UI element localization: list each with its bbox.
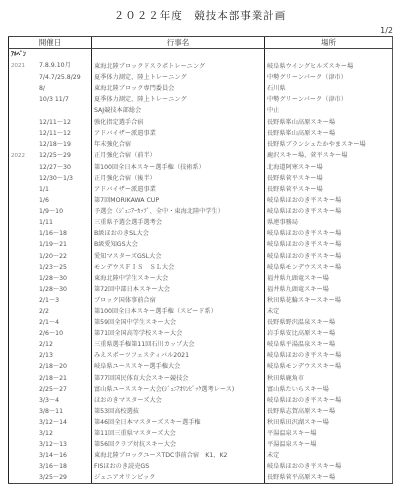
date-cell: 1/28～30	[9, 273, 92, 284]
date-label: 3/14～16	[39, 450, 67, 461]
place-cell: 岐阜県ほおのき平スキー場	[265, 228, 393, 239]
date-label: 8/	[39, 83, 45, 94]
event-cell: 夏季体力測定、陸上トレーニング	[92, 72, 265, 83]
date-label: 1/6	[39, 195, 49, 206]
date-cell: 8/	[9, 83, 92, 94]
event-cell: 東海北陸中学生スキー大会	[92, 273, 265, 284]
table-row: 3/12第11回三重県マスターズ大会平湯温泉スキー場	[9, 428, 393, 439]
event-cell: 第100回全日本スキー選手権（技術系）	[92, 162, 265, 173]
date-label: 12/27～30	[39, 162, 71, 173]
place-cell: 岐阜県ほおのき平スキー場	[265, 461, 393, 472]
document-title: ２０２２年度 競技本部事業計画	[0, 8, 400, 23]
table-row: 2/1～3ブロック国体事前合宿秋田県花輪スキースキー場	[9, 295, 393, 306]
category-row: ｱﾙﾍﾟﾝ	[9, 49, 393, 61]
event-cell: 年末強化合宿	[92, 139, 265, 150]
date-label: 7.8.9.10月	[39, 60, 71, 71]
schedule-table: 開催日 行事名 場所 ｱﾙﾍﾟﾝ 20217.8.9.10月東海北陸ブロックドス…	[8, 36, 393, 484]
table-row: 10/3 11/7夏季体力測定、陸上トレーニング中勢グリーンパーク（津市）	[9, 94, 393, 105]
date-label: 1/19～21	[39, 239, 67, 250]
place-cell: 岐阜県ほおのき平スキー場	[265, 206, 393, 217]
event-cell: FISほおのき読売GS	[92, 461, 265, 472]
place-cell: 長野県菅平スキー場	[265, 184, 393, 195]
year-label: 2022	[11, 151, 39, 162]
table-row: 202212/25～29正月強化合宿（前半）鹿沢スキー場、菅平スキー場	[9, 150, 393, 162]
table-row: 1/19～21B級愛知GS大会岐阜県ほおのき平スキー場	[9, 239, 393, 250]
place-cell: 秋田県花輪スキースキー場	[265, 295, 393, 306]
date-label: 3/25～29	[39, 472, 67, 483]
table-row: 2/1～4第59回全国中学生スキー大会長野県野沢温泉スキー場	[9, 317, 393, 328]
event-cell: B級ほおのきSL大会	[92, 228, 265, 239]
date-cell: 12/11～12	[9, 116, 92, 127]
header-date: 開催日	[9, 37, 92, 49]
table-row: 1/9～10予選会（ｼﾞｭﾆｱｰｶｯﾌﾟ、全中・東海北陸中学生）岐阜県ほおのき平…	[9, 206, 393, 217]
date-cell: 12/27～30	[9, 162, 92, 173]
place-cell: 平湯温泉スキー場	[265, 428, 393, 439]
date-cell: 1/9～10	[9, 206, 92, 217]
table-row: 3/14～16東海北陸ブロックユースTDC事前合宿 K1、K2未定	[9, 450, 393, 461]
date-cell: 2/25～27	[9, 384, 92, 395]
event-cell: みえスポーツフェスティバル2021	[92, 350, 265, 361]
place-cell: 長野県野沢温泉スキー場	[265, 317, 393, 328]
event-cell: 岐阜県ユーススキー選手権大会	[92, 361, 265, 372]
place-cell: 岐阜県ほおのき平スキー場	[265, 239, 393, 250]
place-cell: 北海道阿寒スキー場	[265, 162, 393, 173]
date-cell: 1/11	[9, 217, 92, 228]
place-cell: 長野県志賀高原スキー場	[265, 406, 393, 417]
date-cell: 3/12～13	[9, 439, 92, 450]
date-label: 2/25～27	[39, 384, 67, 395]
date-label: 3/16～18	[39, 461, 67, 472]
table-header-row: 開催日 行事名 場所	[9, 37, 393, 49]
category-label: ｱﾙﾍﾟﾝ	[9, 49, 92, 61]
table-row: 3/16～18FISほおのき読売GS岐阜県ほおのき平スキー場	[9, 461, 393, 472]
date-cell: 2/6～10	[9, 328, 92, 339]
date-cell: 3/25～29	[9, 472, 92, 484]
header-event: 行事名	[92, 37, 265, 49]
date-label: 12/11～12	[39, 128, 71, 139]
place-cell: 中勢グリーンパーク（津市）	[265, 94, 393, 105]
place-cell: 長野県菅平スキー場	[265, 173, 393, 184]
place-cell: 岐阜県ほおのき平スキー場	[265, 395, 393, 406]
event-cell: アドバイザー派遣事業	[92, 184, 265, 195]
date-label: 3/12	[39, 428, 53, 439]
place-cell: 長野県菅平高原スキー場	[265, 472, 393, 484]
date-cell: 2/1～3	[9, 295, 92, 306]
date-label: 2/6～10	[39, 328, 63, 339]
event-cell: SAJ競技本部総会	[92, 105, 265, 116]
place-cell: 長野県峯山高原スキー場	[265, 116, 393, 127]
date-cell: 3/3～4	[9, 395, 92, 406]
table-row: 1/16～18B級ほおのきSL大会岐阜県ほおのき平スキー場	[9, 228, 393, 239]
date-label: 2/2	[39, 306, 49, 317]
date-cell: 12/18～19	[9, 139, 92, 150]
table-row: 1/1アドバイザー派遣事業長野県菅平スキー場	[9, 184, 393, 195]
date-label: 10/3 11/7	[39, 94, 69, 105]
place-cell: 富山県たいらスキー場	[265, 384, 393, 395]
date-label: 2/18～21	[39, 373, 67, 384]
date-label: 12/30～1/3	[39, 173, 73, 184]
event-cell: 第7回MORIKAWA CUP	[92, 195, 265, 206]
date-label: 3/12～14	[39, 417, 67, 428]
event-cell: B級愛知GS大会	[92, 239, 265, 250]
place-cell: 秋田県鹿角市	[265, 373, 393, 384]
date-cell: 3/8～11	[9, 406, 92, 417]
event-cell: 東海北陸ブロックユースTDC事前合宿 K1、K2	[92, 450, 265, 461]
table-row: 3/8～11第53回高校選抜長野県志賀高原スキー場	[9, 406, 393, 417]
event-cell: ジュニアオリンピック	[92, 472, 265, 484]
table-row: 12/11～12強化指定選手合宿長野県峯山高原スキー場	[9, 116, 393, 127]
table-row: 1/28～30東海北陸中学生スキー大会福井県九頭竜スキー場	[9, 273, 393, 284]
table-row: 2/6～10第71回全国高等学校スキー大会岩手県安比高原スキー場	[9, 328, 393, 339]
event-cell: 夏季体力測定、陸上トレーニング	[92, 94, 265, 105]
event-cell: 正月強化合宿（前半）	[92, 150, 265, 162]
table-row: 2/18～21第77回国民体育大会スキー競技会秋田県鹿角市	[9, 373, 393, 384]
header-place: 場所	[265, 37, 393, 49]
event-cell: モンデウスＦＩＳ ＳＬ大会	[92, 262, 265, 273]
place-cell: 鹿沢スキー場、菅平スキー場	[265, 150, 393, 162]
date-cell: 1/28～30	[9, 284, 92, 295]
date-cell: 1/6	[9, 195, 92, 206]
event-cell: 強化指定選手合宿	[92, 116, 265, 127]
event-cell: 第46回全日本マスターズスキー選手権	[92, 417, 265, 428]
place-cell: 秋田県田沢湖スキー場	[265, 417, 393, 428]
table-row: 12/11～12アドバイザー派遣事業長野県峯山高原スキー場	[9, 128, 393, 139]
table-row: 2/18～20岐阜県ユーススキー選手権大会岐阜県モンデウススキー場	[9, 361, 393, 372]
place-cell: 福井県九頭竜スキー場	[265, 273, 393, 284]
table-row: SAJ競技本部総会中止	[9, 105, 393, 116]
place-cell: 岐阜県ウイングヒルズスキー場	[265, 60, 393, 72]
place-cell: 長野県ブランシュたかやまスキー場	[265, 139, 393, 150]
date-label: 3/3～4	[39, 395, 59, 406]
date-label: 2/12	[39, 339, 53, 350]
event-cell: 予選会（ｼﾞｭﾆｱｰｶｯﾌﾟ、全中・東海北陸中学生）	[92, 206, 265, 217]
table-row: 3/25～29ジュニアオリンピック長野県菅平高原スキー場	[9, 472, 393, 484]
date-cell: 3/16～18	[9, 461, 92, 472]
event-cell: 愛知マスターズGSL大会	[92, 251, 265, 262]
table-row: 12/27～30第100回全日本スキー選手権（技術系）北海道阿寒スキー場	[9, 162, 393, 173]
event-cell: 東海北陸ブロック専門委員会	[92, 83, 265, 94]
event-cell: 第100回全日本スキー選手権（スピード系）	[92, 306, 265, 317]
place-cell: 岐阜県モンデウススキー場	[265, 262, 393, 273]
event-cell: ほおのきマスターズ大会	[92, 395, 265, 406]
date-label: 12/25～29	[39, 150, 71, 161]
event-cell: 富山県ユーススキー大会(ｼﾞｭﾆｱｵﾘﾝﾋﾟｯｸ選考レース)	[92, 384, 265, 395]
date-cell: 1/1	[9, 184, 92, 195]
table-row: 7/4.7/25.8/29夏季体力測定、陸上トレーニング中勢グリーンパーク（津市…	[9, 72, 393, 83]
table-row: 12/18～19年末強化合宿長野県ブランシュたかやまスキー場	[9, 139, 393, 150]
event-cell: 第11回三重県マスターズ大会	[92, 428, 265, 439]
event-cell: 第56回クラブ対抗スキー大会	[92, 439, 265, 450]
date-cell: 3/12	[9, 428, 92, 439]
place-cell: 岐阜県ほおのき平スキー場	[265, 251, 393, 262]
date-cell: 202212/25～29	[9, 150, 92, 162]
table-row: 2/12三重県選手権第11回石川カップ大会岐阜県平湯温泉スキー場	[9, 339, 393, 350]
table-row: 8/東海北陸ブロック専門委員会石川県	[9, 83, 393, 94]
date-label: 1/11	[39, 217, 53, 228]
place-cell: 長野県峯山高原スキー場	[265, 128, 393, 139]
date-label: 1/1	[39, 184, 49, 195]
date-label: 3/12～13	[39, 439, 67, 450]
date-cell: 12/30～1/3	[9, 173, 92, 184]
place-cell: 福井県九頭竜スキー場	[265, 284, 393, 295]
place-cell: 中止	[265, 105, 393, 116]
date-cell: 2/1～4	[9, 317, 92, 328]
date-cell: 1/20～22	[9, 251, 92, 262]
table-row: 20217.8.9.10月東海北陸ブロックドスラポトレーニング岐阜県ウイングヒル…	[9, 60, 393, 72]
place-cell: 岐阜県モンデウススキー場	[265, 361, 393, 372]
date-label: 1/23～25	[39, 262, 67, 273]
event-cell: 正月強化合宿（後半）	[92, 173, 265, 184]
event-cell: ブロック国体事前合宿	[92, 295, 265, 306]
event-cell: 三重県選手権第11回石川カップ大会	[92, 339, 265, 350]
table-body: ｱﾙﾍﾟﾝ 20217.8.9.10月東海北陸ブロックドスラポトレーニング岐阜県…	[9, 49, 393, 484]
date-cell: 7/4.7/25.8/29	[9, 72, 92, 83]
event-cell: アドバイザー派遣事業	[92, 128, 265, 139]
date-label: 2/18～20	[39, 361, 67, 372]
year-label: 2021	[11, 61, 39, 72]
date-cell	[9, 105, 92, 116]
place-cell: 中勢グリーンパーク（津市）	[265, 72, 393, 83]
place-cell: 岐阜県ほおのき平スキー場	[265, 350, 393, 361]
place-cell: 未定	[265, 450, 393, 461]
date-cell: 1/23～25	[9, 262, 92, 273]
date-label: 2/13	[39, 350, 53, 361]
date-cell: 10/3 11/7	[9, 94, 92, 105]
place-cell: 岐阜県平湯温泉スキー場	[265, 339, 393, 350]
place-cell: 県連事務局	[265, 217, 393, 228]
table-row: 3/3～4ほおのきマスターズ大会岐阜県ほおのき平スキー場	[9, 395, 393, 406]
table-row: 3/12～14第46回全日本マスターズスキー選手権秋田県田沢湖スキー場	[9, 417, 393, 428]
place-cell: 石川県	[265, 83, 393, 94]
table-row: 12/30～1/3正月強化合宿（後半）長野県菅平スキー場	[9, 173, 393, 184]
table-row: 1/20～22愛知マスターズGSL大会岐阜県ほおのき平スキー場	[9, 251, 393, 262]
table-row: 2/2第100回全日本スキー選手権（スピード系）未定	[9, 306, 393, 317]
date-label: 7/4.7/25.8/29	[39, 72, 81, 83]
date-cell: 1/19～21	[9, 239, 92, 250]
date-label: 1/20～22	[39, 251, 67, 262]
date-label: 1/16～18	[39, 228, 67, 239]
date-label: 1/28～30	[39, 273, 67, 284]
date-cell: 3/12～14	[9, 417, 92, 428]
date-cell: 12/11～12	[9, 128, 92, 139]
table-row: 3/12～13第56回クラブ対抗スキー大会平湯温泉スキー場	[9, 439, 393, 450]
date-cell: 3/14～16	[9, 450, 92, 461]
date-label: 3/8～11	[39, 406, 63, 417]
table-row: 2/13みえスポーツフェスティバル2021岐阜県ほおのき平スキー場	[9, 350, 393, 361]
date-label: 2/1～4	[39, 317, 59, 328]
table-row: 2/25～27富山県ユーススキー大会(ｼﾞｭﾆｱｵﾘﾝﾋﾟｯｸ選考レース)富山県…	[9, 384, 393, 395]
place-cell: 岐阜県ほおのき平スキー場	[265, 195, 393, 206]
date-cell: 2/12	[9, 339, 92, 350]
date-cell: 2/18～21	[9, 373, 92, 384]
date-label: 12/18～19	[39, 139, 71, 150]
date-label: 12/11～12	[39, 117, 71, 128]
table-row: 1/28～30第72回中部日本スキー大会福井県九頭竜スキー場	[9, 284, 393, 295]
table-row: 1/6第7回MORIKAWA CUP岐阜県ほおのき平スキー場	[9, 195, 393, 206]
place-cell: 平湯温泉スキー場	[265, 439, 393, 450]
date-label: 2/1～3	[39, 295, 59, 306]
place-cell: 岩手県安比高原スキー場	[265, 328, 393, 339]
event-cell: 第59回全国中学生スキー大会	[92, 317, 265, 328]
place-cell: 未定	[265, 306, 393, 317]
table-row: 1/11三重県予選会選手選考会県連事務局	[9, 217, 393, 228]
event-cell: 第53回高校選抜	[92, 406, 265, 417]
event-cell: 三重県予選会選手選考会	[92, 217, 265, 228]
page-number: 1/2	[380, 26, 393, 35]
date-cell: 1/16～18	[9, 228, 92, 239]
date-cell: 2/13	[9, 350, 92, 361]
table-row: 1/23～25モンデウスＦＩＳ ＳＬ大会岐阜県モンデウススキー場	[9, 262, 393, 273]
date-cell: 2/2	[9, 306, 92, 317]
event-cell: 第77回国民体育大会スキー競技会	[92, 373, 265, 384]
event-cell: 東海北陸ブロックドスラポトレーニング	[92, 60, 265, 72]
date-label: 1/28～30	[39, 284, 67, 295]
date-label: 1/9～10	[39, 206, 63, 217]
date-cell: 20217.8.9.10月	[9, 60, 92, 72]
date-cell: 2/18～20	[9, 361, 92, 372]
event-cell: 第71回全国高等学校スキー大会	[92, 328, 265, 339]
event-cell: 第72回中部日本スキー大会	[92, 284, 265, 295]
